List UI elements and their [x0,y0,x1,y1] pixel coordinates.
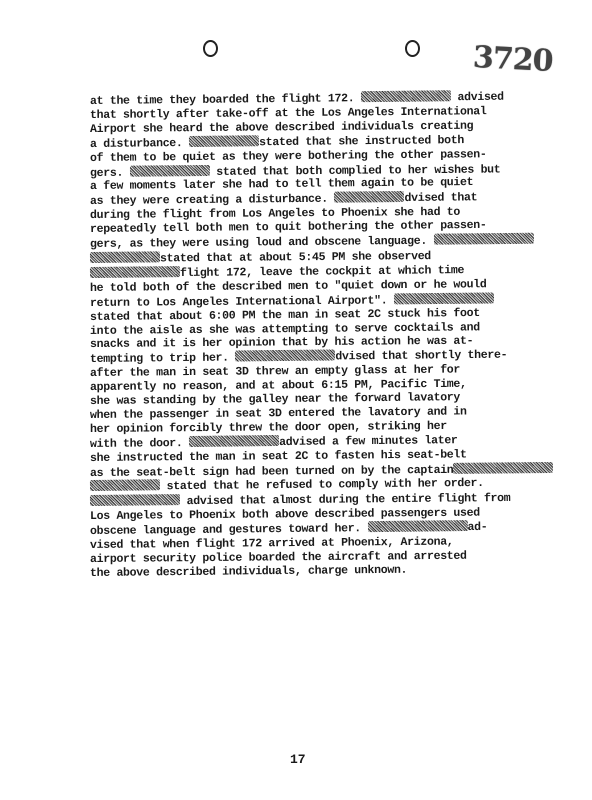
redaction-block [334,191,404,203]
redaction-block [189,135,259,147]
text-segment: tempting to trip her. [90,352,236,367]
punch-hole-right [405,40,420,57]
redaction-block [130,164,210,176]
redaction-block [90,266,180,278]
redaction-block [361,90,451,102]
text-segment: dvised that [404,192,477,206]
text-segment: stated that she instructed both [259,134,464,149]
redaction-block [453,462,553,474]
text-segment: ad- [467,521,487,534]
redaction-block [90,480,160,492]
text-segment: at the time they boarded the flight 172. [90,92,361,108]
text-segment: advised a few minutes later [279,434,471,449]
text-segment: flight 172, leave the cockpit at which t… [180,264,464,280]
redaction-block [189,435,279,447]
document-stamp-number: 3720 [472,40,553,79]
text-segment: a disturbance. [90,137,189,151]
text-segment: dvised that shortly there- [335,349,507,364]
document-body: at the time they boarded the flight 172.… [90,94,560,581]
text-segment: advised [451,91,504,105]
redaction-block [90,251,160,263]
redaction-block [434,233,534,245]
text-segment: gers. [90,166,130,179]
text-segment: the above described individuals, charge … [90,564,407,580]
redaction-block [394,292,494,304]
text-segment: as they were creating a disturbance. [90,193,335,208]
text-segment: she instructed the man in seat 2C to fas… [90,448,467,465]
redaction-block [235,350,335,362]
page-number: 17 [290,752,306,767]
redaction-block [367,520,467,532]
text-segment: with the door. [90,437,189,451]
punch-hole-left [203,40,218,57]
redaction-block [90,495,180,507]
